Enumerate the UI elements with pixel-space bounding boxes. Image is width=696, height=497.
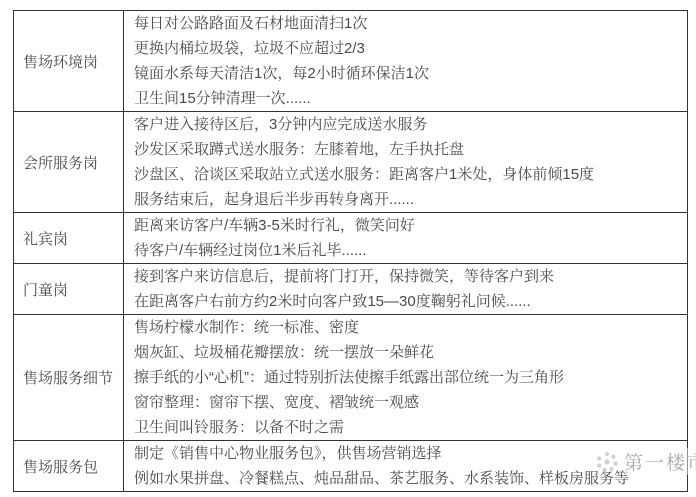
- content-line: 更换内桶垃圾袋，垃圾不应超过2/3: [134, 36, 677, 61]
- table-row: 会所服务岗客户进入接待区后，3分钟内应完成送水服务沙发区采取蹲式送水服务：左膝着…: [14, 112, 687, 213]
- category-cell: 售场服务包: [14, 441, 124, 491]
- content-line: 接到客户来访信息后，提前将门打开，保持微笑，等待客户到来: [134, 264, 677, 289]
- content-line: 擦手纸的小“心机”：通过特别折法使擦手纸露出部位统一为三角形: [134, 365, 677, 390]
- table-row: 礼宾岗距离来访客户/车辆3-5米时行礼，微笑问好待客户/车辆经过岗位1米后礼毕.…: [14, 213, 687, 264]
- content-line: 待客户/车辆经过岗位1米后礼毕......: [134, 238, 677, 263]
- content-cell: 距离来访客户/车辆3-5米时行礼，微笑问好待客户/车辆经过岗位1米后礼毕....…: [124, 213, 687, 263]
- category-cell: 会所服务岗: [14, 112, 124, 212]
- table-row: 售场服务细节售场柠檬水制作：统一标准、密度烟灰缸、垃圾桶花瓣摆放：统一摆放一朵鲜…: [14, 315, 687, 441]
- content-line: 售场柠檬水制作：统一标准、密度: [134, 315, 677, 340]
- content-line: 镜面水系每天清洁1次，每2小时循环保洁1次: [134, 61, 677, 86]
- content-line: 卫生间叫铃服务：以备不时之需: [134, 415, 677, 440]
- content-line: 距离来访客户/车辆3-5米时行礼，微笑问好: [134, 213, 677, 238]
- category-cell: 门童岗: [14, 264, 124, 314]
- category-cell: 售场环境岗: [14, 11, 124, 111]
- content-cell: 售场柠檬水制作：统一标准、密度烟灰缸、垃圾桶花瓣摆放：统一摆放一朵鲜花擦手纸的小…: [124, 315, 687, 440]
- category-cell: 礼宾岗: [14, 213, 124, 263]
- content-line: 沙发区采取蹲式送水服务：左膝着地，左手执托盘: [134, 137, 677, 162]
- content-line: 例如水果拼盘、冷餐糕点、炖品甜品、茶艺服务、水系装饰、样板房服务等: [134, 466, 677, 491]
- content-line: 沙盘区、洽谈区采取站立式送水服务：距离客户1米处，身体前倾15度: [134, 162, 677, 187]
- table-row: 售场服务包制定《销售中心物业服务包》，供售场营销选择例如水果拼盘、冷餐糕点、炖品…: [14, 441, 687, 491]
- content-line: 窗帘整理：窗帘下摆、宽度、褶皱统一观感: [134, 390, 677, 415]
- content-line: 卫生间15分钟清理一次......: [134, 86, 677, 111]
- content-line: 服务结束后，起身退后半步再转身离开......: [134, 187, 677, 212]
- table-row: 售场环境岗每日对公路路面及石材地面清扫1次更换内桶垃圾袋，垃圾不应超过2/3镜面…: [14, 11, 687, 112]
- content-line: 客户进入接待区后，3分钟内应完成送水服务: [134, 112, 677, 137]
- article-page: 售场环境岗每日对公路路面及石材地面清扫1次更换内桶垃圾袋，垃圾不应超过2/3镜面…: [0, 0, 696, 497]
- content-cell: 接到客户来访信息后，提前将门打开，保持微笑，等待客户到来在距离客户右前方约2米时…: [124, 264, 687, 314]
- table-row: 门童岗接到客户来访信息后，提前将门打开，保持微笑，等待客户到来在距离客户右前方约…: [14, 264, 687, 315]
- content-cell: 制定《销售中心物业服务包》，供售场营销选择例如水果拼盘、冷餐糕点、炖品甜品、茶艺…: [124, 441, 687, 491]
- content-line: 在距离客户右前方约2米时向客户致15—30度鞠躬礼问候......: [134, 289, 677, 314]
- content-line: 烟灰缸、垃圾桶花瓣摆放：统一摆放一朵鲜花: [134, 340, 677, 365]
- content-line: 制定《销售中心物业服务包》，供售场营销选择: [134, 441, 677, 466]
- content-line: 每日对公路路面及石材地面清扫1次: [134, 11, 677, 36]
- content-cell: 客户进入接待区后，3分钟内应完成送水服务沙发区采取蹲式送水服务：左膝着地，左手执…: [124, 112, 687, 212]
- content-cell: 每日对公路路面及石材地面清扫1次更换内桶垃圾袋，垃圾不应超过2/3镜面水系每天清…: [124, 11, 687, 111]
- category-cell: 售场服务细节: [14, 315, 124, 440]
- service-standards-table: 售场环境岗每日对公路路面及石材地面清扫1次更换内桶垃圾袋，垃圾不应超过2/3镜面…: [13, 10, 688, 492]
